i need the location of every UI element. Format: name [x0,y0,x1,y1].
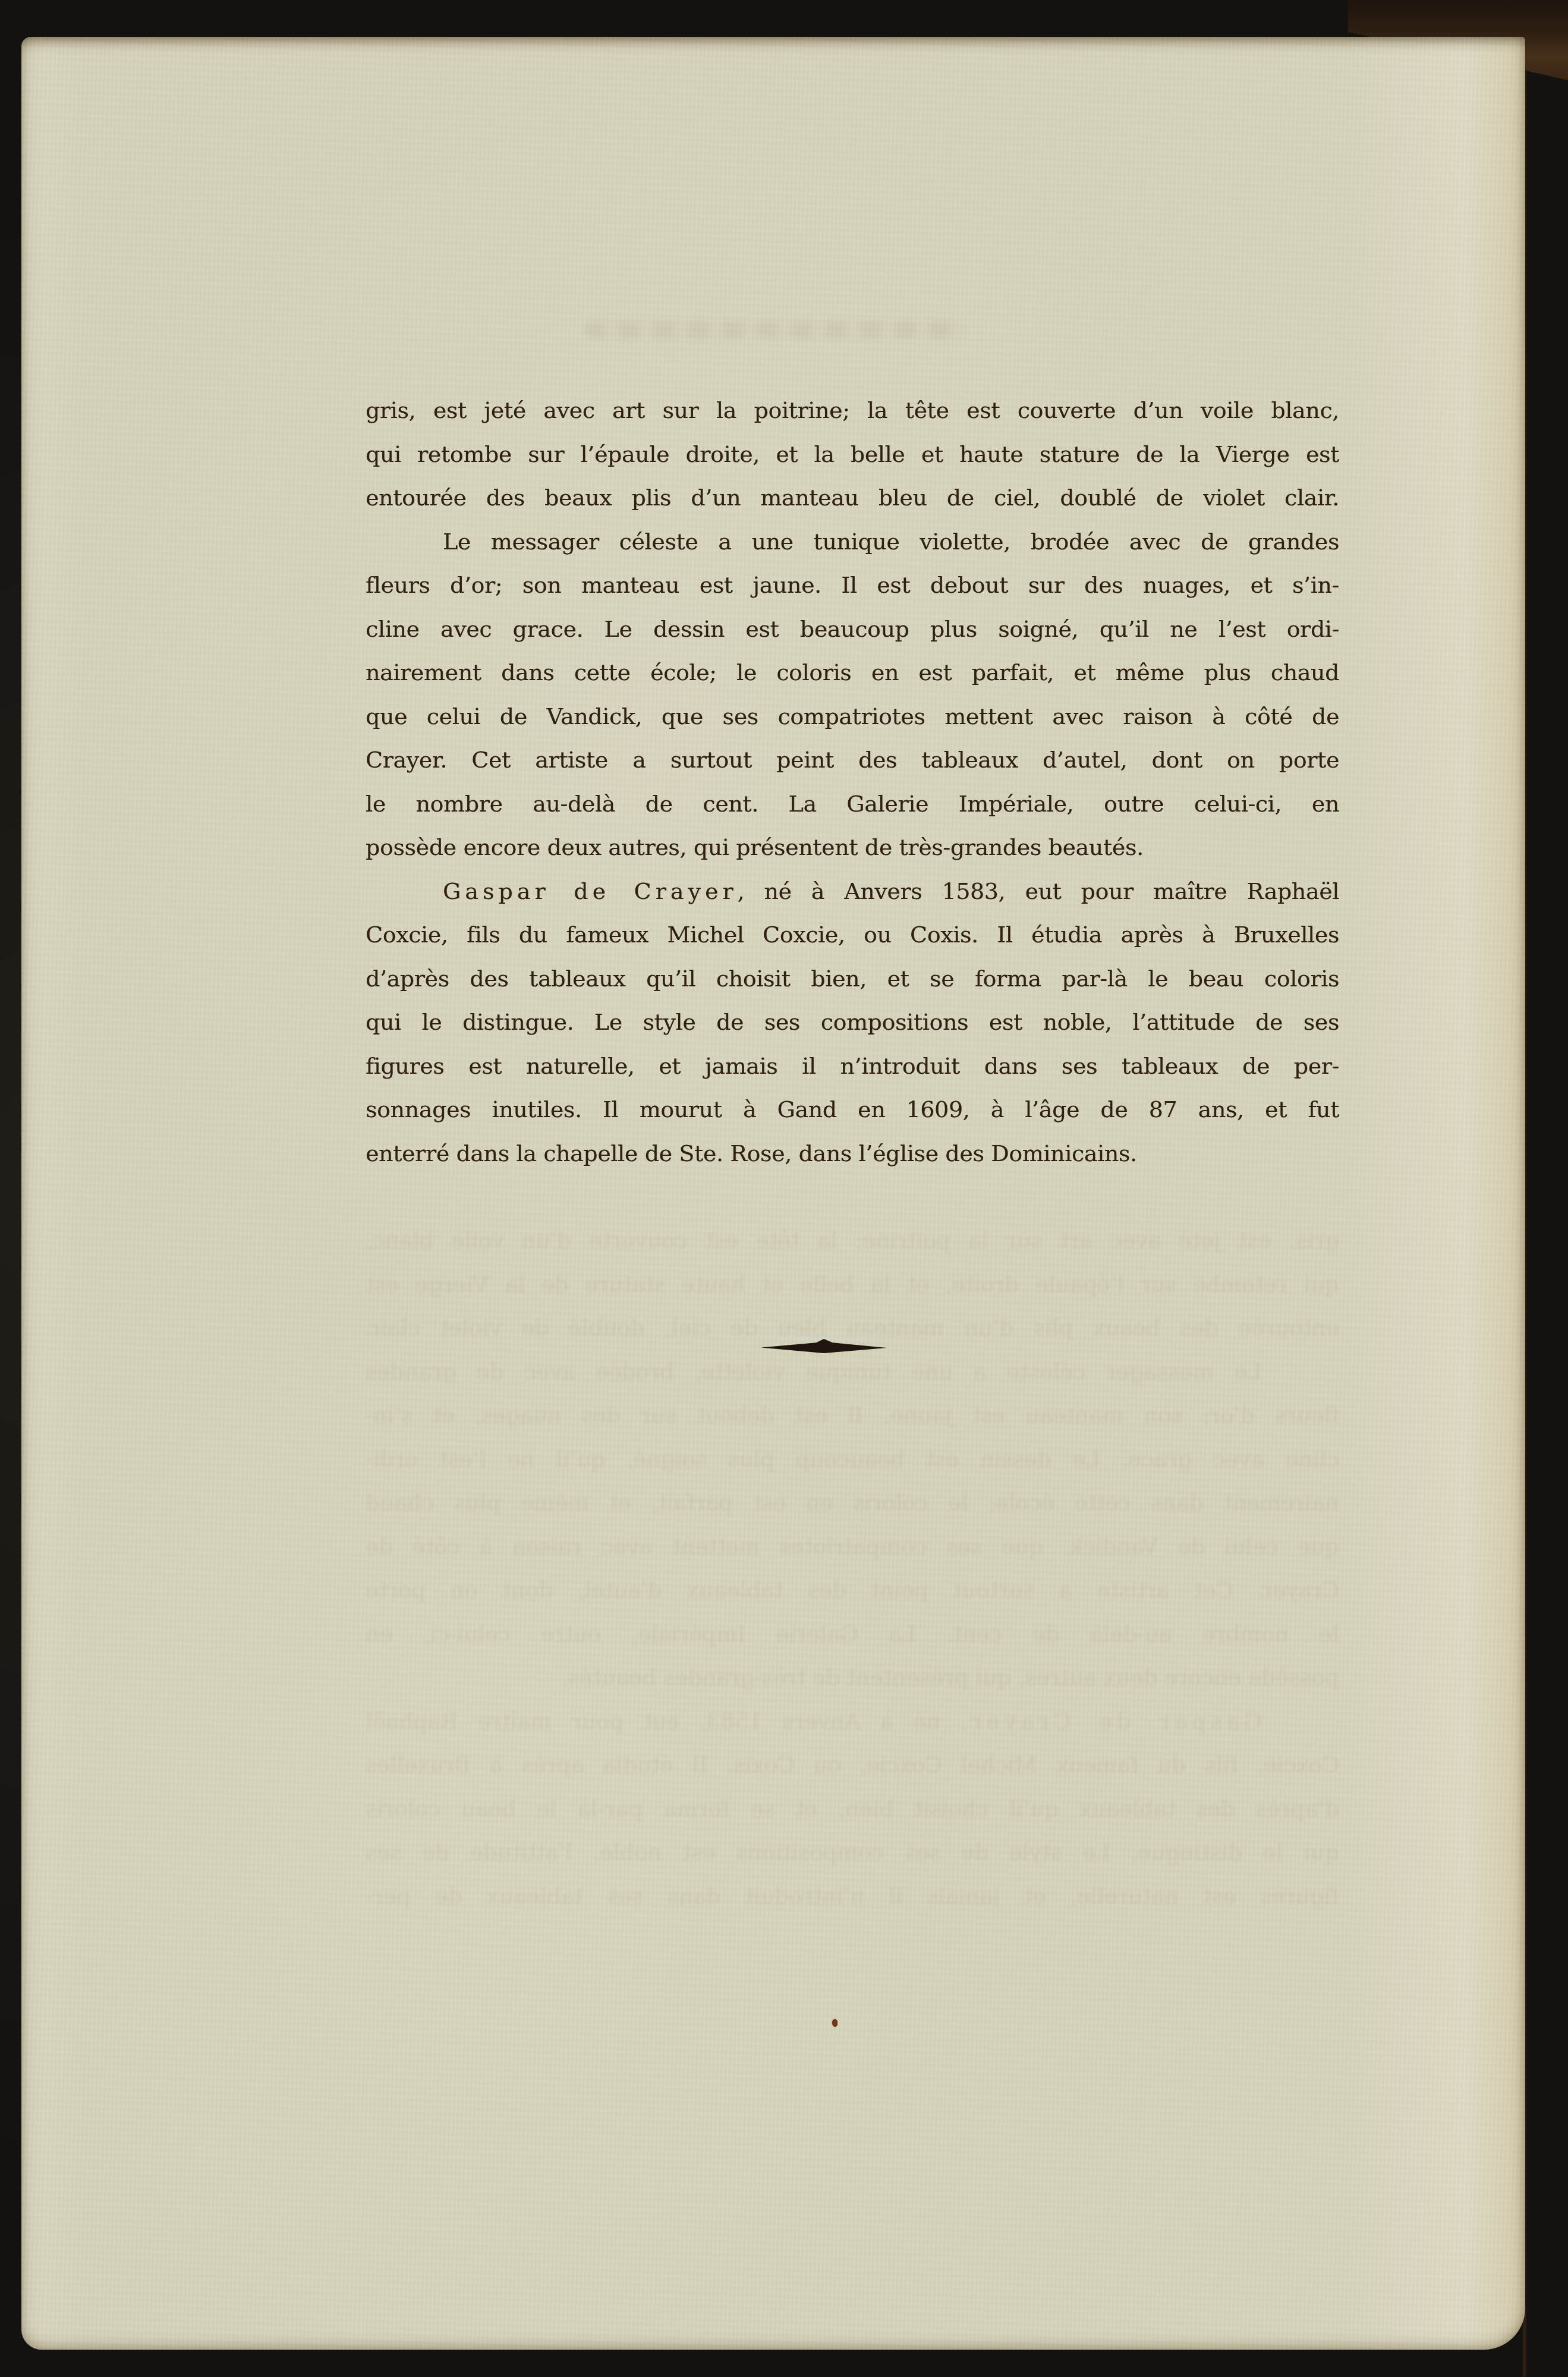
ghost-line: Crayer. Cet artiste a surtout peint des … [366,1568,1339,1612]
ghost-line: fleurs d’or; son manteau est jaune. Il e… [366,1394,1339,1438]
ghost-line: Gaspar de Crayer, né à Anvers 1583, eut … [366,1700,1339,1744]
book-fore-edge [1523,34,1568,2377]
ghost-line: qui le distingue. Le style de ses compos… [366,1831,1339,1875]
text-line: le nombre au-delà de cent. La Galerie Im… [366,782,1339,826]
text-line: Gaspar de Crayer, né à Anvers 1583, eut … [366,870,1339,914]
text-line: fleurs d’or; son manteau est jaune. Il e… [366,564,1339,608]
text-line: que celui de Vandick, que ses compatriot… [366,695,1339,739]
ghost-line: Coxcie, fils du fameux Michel Coxcie, ou… [366,1743,1339,1787]
text-line: Le messager céleste a une tunique violet… [366,520,1339,564]
ghost-line: d’après des tableaux qu’il choisit bien,… [366,1787,1339,1831]
text-line: enterré dans la chapelle de Ste. Rose, d… [366,1132,1339,1176]
ghost-line: cline avec grace. Le dessin est beaucoup… [366,1438,1339,1482]
ghost-line: qui retombe sur l’épaule droite, et la b… [366,1263,1339,1307]
ghost-line: Le messager céleste a une tunique violet… [366,1350,1339,1394]
text-line: sonnages inutiles. Il mourut à Gand en 1… [366,1088,1339,1132]
text-line: possède encore deux autres, qui présente… [366,826,1339,870]
text-line: qui le distingue. Le style de ses compos… [366,1001,1339,1045]
text-line: figures est naturelle, et jamais il n’in… [366,1045,1339,1089]
text-line: Crayer. Cet artiste a surtout peint des … [366,738,1339,782]
ghost-line: le nombre au-delà de cent. La Galerie Im… [366,1612,1339,1656]
ghost-line: figures est naturelle, et jamais il n’in… [366,1875,1339,1919]
text-line: nairement dans cette école; le coloris e… [366,651,1339,695]
text-line: entourée des beaux plis d’un manteau ble… [366,476,1339,520]
ghost-line: que celui de Vandick, que ses compatriot… [366,1525,1339,1569]
spaced-artist-name: Gaspar de Crayer [967,1708,1262,1734]
ghost-line: nairement dans cette école; le coloris e… [366,1481,1339,1525]
ghost-line: entourée des beaux plis d’un manteau ble… [366,1306,1339,1350]
text-line: gris, est jeté avec art sur la poitrine;… [366,389,1339,433]
text-line: d’après des tableaux qu’il choisit bien,… [366,957,1339,1001]
ghost-line: possède encore deux autres, qui présente… [366,1656,1339,1700]
text-line: qui retombe sur l’épaule droite, et la b… [366,433,1339,477]
page-text-block: gris, est jeté avec art sur la poitrine;… [366,389,1339,1175]
spaced-artist-name: Gaspar de Crayer [443,878,738,904]
ghost-line: gris, est jeté avec art sur la poitrine;… [366,1219,1339,1263]
book-page: gris, est jeté avec art sur la poitrine;… [21,37,1525,2350]
text-line: cline avec grace. Le dessin est beaucoup… [366,608,1339,652]
scan-background: { "document": { "kind": "scanned book pa… [0,0,1568,2377]
ghost-text: gris, est jeté avec art sur la poitrine;… [366,1219,1339,1918]
text-line: Coxcie, fils du fameux Michel Coxcie, ou… [366,913,1339,957]
ghost-heading-smudge [585,321,965,339]
ink-speck [832,2019,837,2027]
